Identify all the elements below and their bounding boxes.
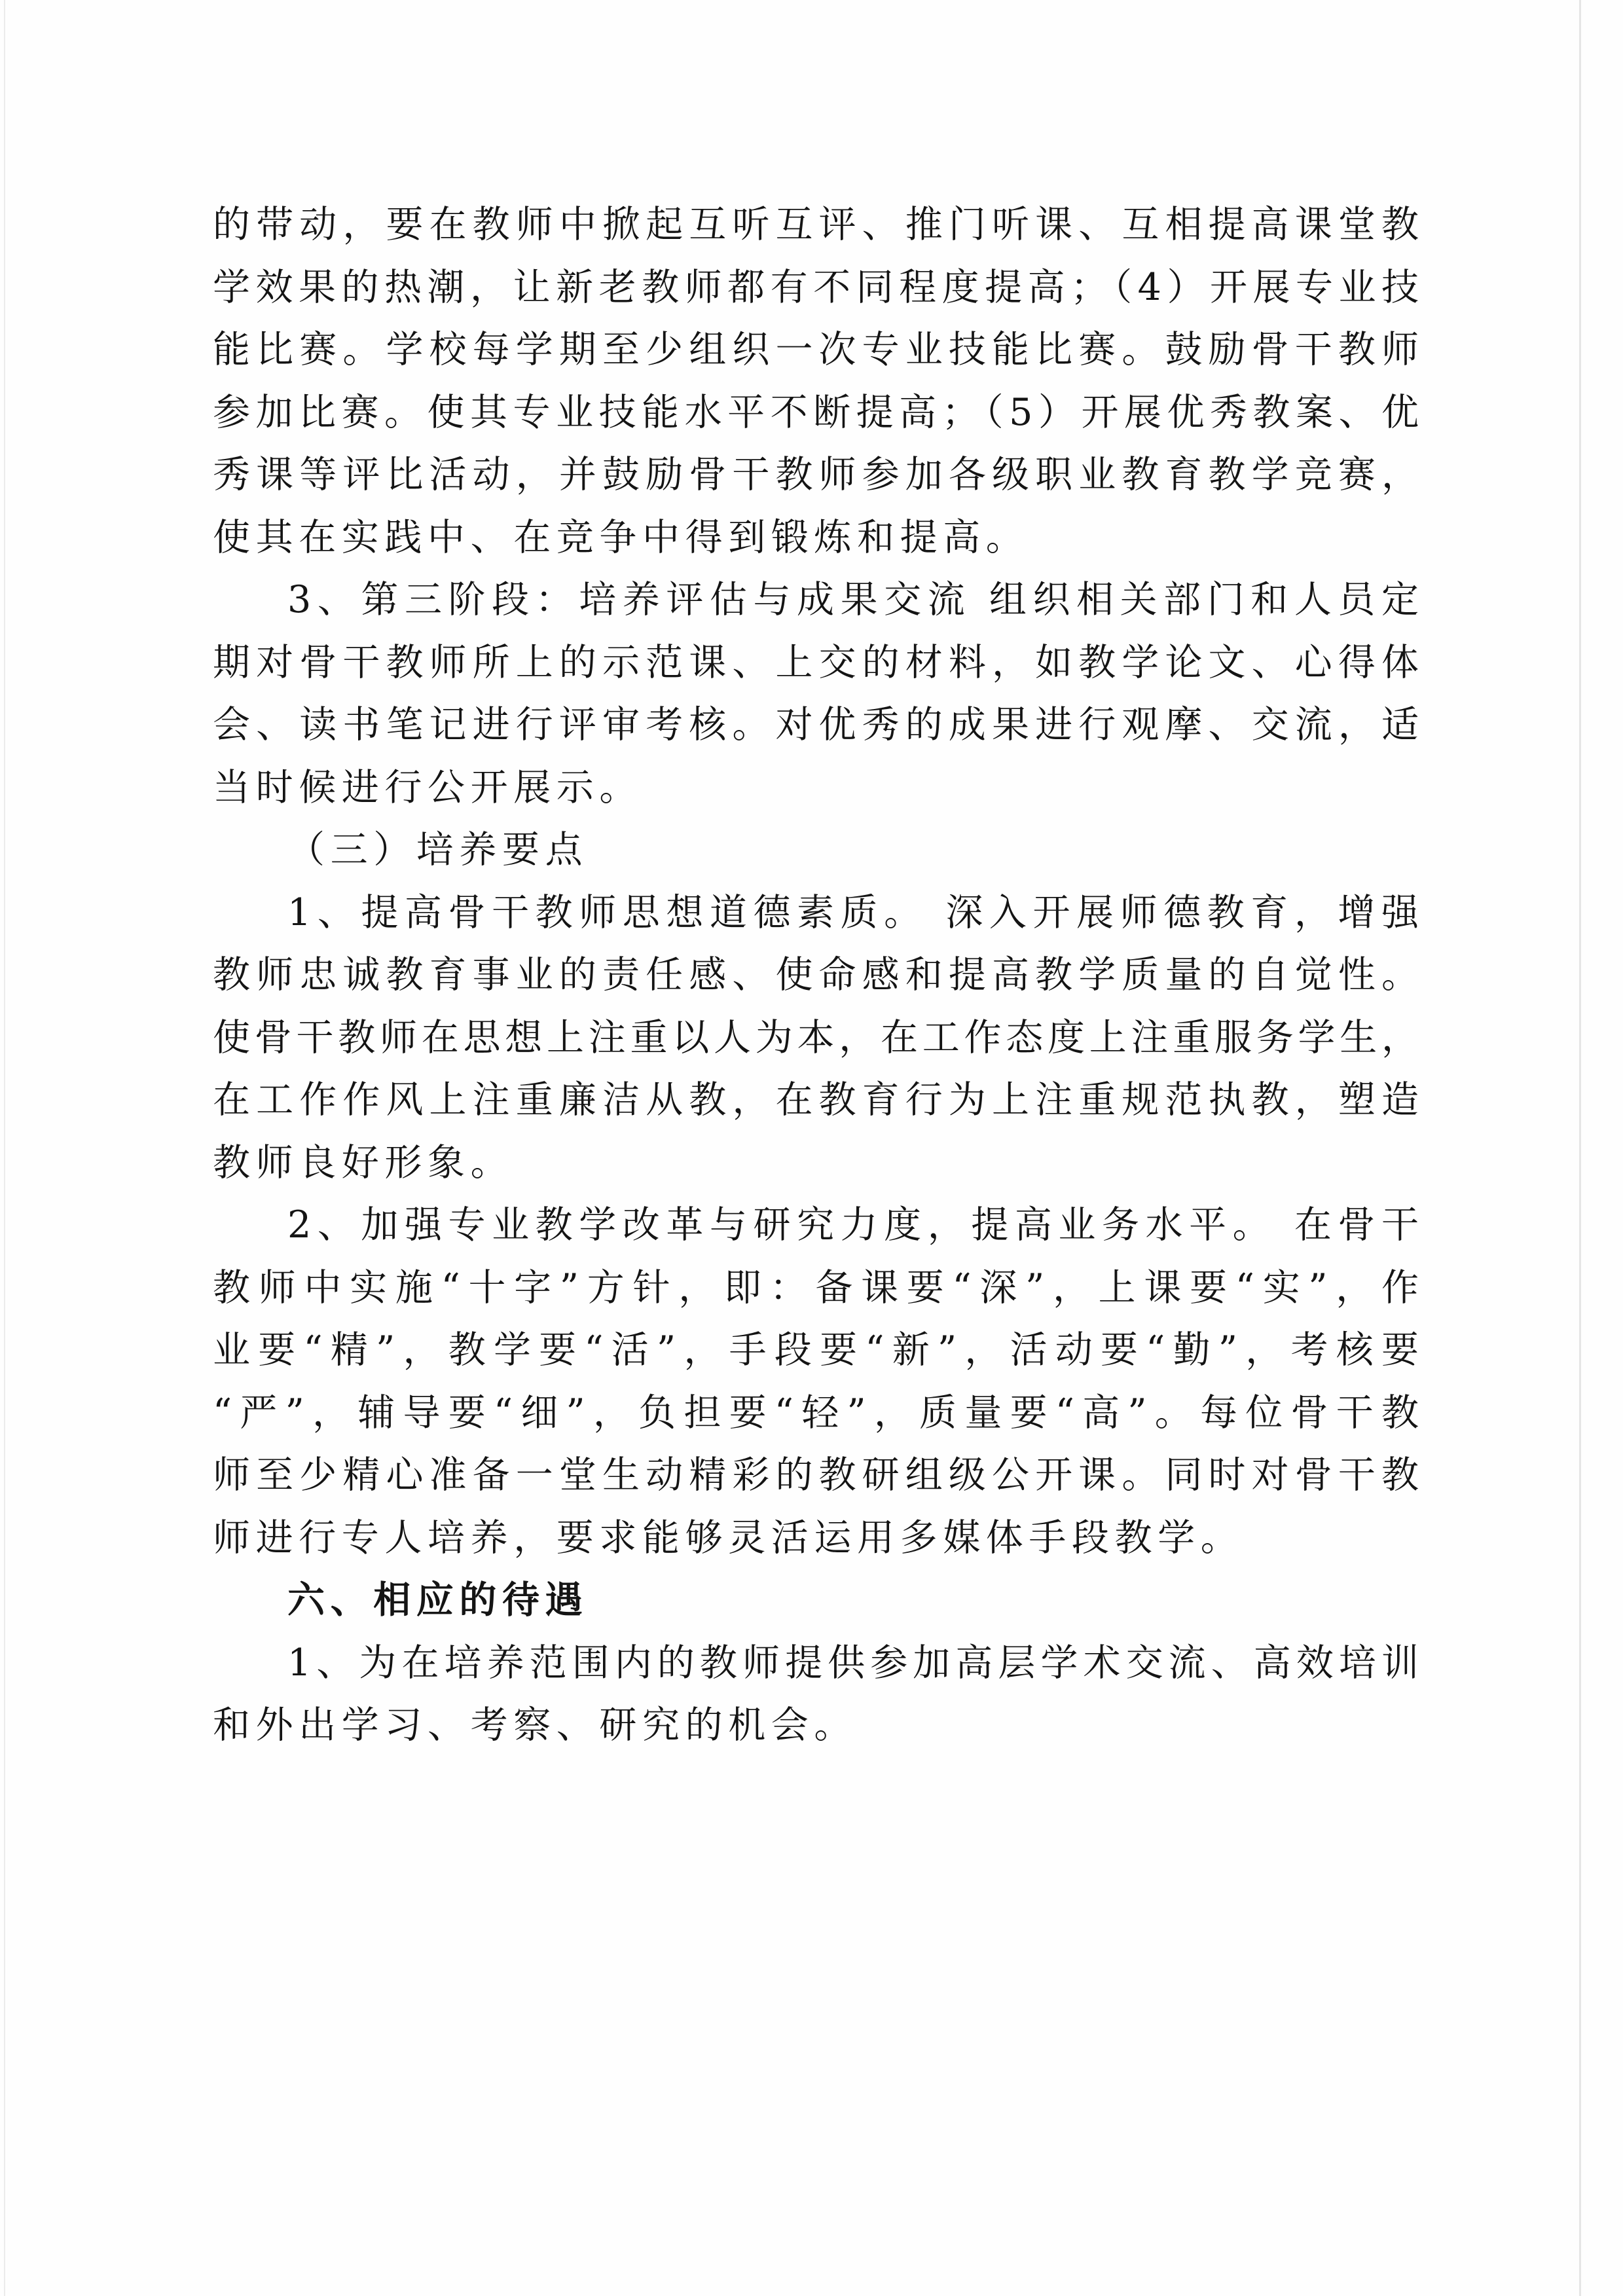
text-line: 能比赛。学校每学期至少组织一次专业技能比赛。鼓励骨干教师: [213, 329, 1419, 392]
subheading-training-points: （三）培养要点: [213, 829, 1419, 892]
paragraph-stage2-continuation: 的带动，要在教师中掀起互听互评、推门听课、互相提高课堂教 学效果的热潮，让新老教…: [213, 204, 1419, 579]
heading-benefits: 六、相应的待遇: [213, 1580, 1419, 1643]
text-line: 2、加强专业教学改革与研究力度，提高业务水平。 在骨干: [213, 1205, 1419, 1267]
text-line: 1、提高骨干教师思想道德素质。 深入开展师德教育，增强: [213, 892, 1419, 955]
text-line: 参加比赛。使其专业技能水平不断提高；（5）开展优秀教案、优: [213, 392, 1419, 455]
text-line: 1、为在培养范围内的教师提供参加高层学术交流、高效培训: [213, 1643, 1419, 1705]
text-line: 学效果的热潮，让新老教师都有不同程度提高；（4）开展专业技: [213, 267, 1419, 330]
text-line: 会、读书笔记进行评审考核。对优秀的成果进行观摩、交流，适: [213, 704, 1419, 767]
text-line: 使骨干教师在思想上注重以人为本，在工作态度上注重服务学生，: [213, 1017, 1419, 1080]
text-line: 的带动，要在教师中掀起互听互评、推门听课、互相提高课堂教: [213, 204, 1419, 267]
text-line: 教师良好形象。: [213, 1142, 1419, 1205]
document-body: 的带动，要在教师中掀起互听互评、推门听课、互相提高课堂教 学效果的热潮，让新老教…: [213, 204, 1419, 1768]
text-line: 师至少精心准备一堂生动精彩的教研组级公开课。同时对骨干教: [213, 1455, 1419, 1518]
scan-edge-left: [4, 0, 5, 2296]
text-line: 教师中实施“十字”方针，即：备课要“深”，上课要“实”，作: [213, 1267, 1419, 1330]
scan-edge-right: [1579, 0, 1581, 2296]
paragraph-point-2: 2、加强专业教学改革与研究力度，提高业务水平。 在骨干 教师中实施“十字”方针，…: [213, 1205, 1419, 1580]
text-line: 当时候进行公开展示。: [213, 767, 1419, 830]
paragraph-benefit-1: 1、为在培养范围内的教师提供参加高层学术交流、高效培训 和外出学习、考察、研究的…: [213, 1643, 1419, 1768]
section-subheading: （三）培养要点: [213, 829, 1419, 892]
text-line: 教师忠诚教育事业的责任感、使命感和提高教学质量的自觉性。: [213, 955, 1419, 1017]
paragraph-point-1: 1、提高骨干教师思想道德素质。 深入开展师德教育，增强 教师忠诚教育事业的责任感…: [213, 892, 1419, 1205]
text-line: 3、第三阶段：培养评估与成果交流 组织相关部门和人员定: [213, 579, 1419, 642]
text-line: 秀课等评比活动，并鼓励骨干教师参加各级职业教育教学竞赛，: [213, 454, 1419, 517]
text-line: 业要“精”，教学要“活”，手段要“新”，活动要“勤”，考核要: [213, 1330, 1419, 1393]
text-line: “严”，辅导要“细”，负担要“轻”，质量要“高”。每位骨干教: [213, 1393, 1419, 1455]
paragraph-stage3: 3、第三阶段：培养评估与成果交流 组织相关部门和人员定 期对骨干教师所上的示范课…: [213, 579, 1419, 829]
document-page: 的带动，要在教师中掀起互听互评、推门听课、互相提高课堂教 学效果的热潮，让新老教…: [0, 0, 1623, 2296]
text-line: 在工作作风上注重廉洁从教，在教育行为上注重规范执教，塑造: [213, 1080, 1419, 1142]
text-line: 期对骨干教师所上的示范课、上交的材料，如教学论文、心得体: [213, 642, 1419, 705]
text-line: 和外出学习、考察、研究的机会。: [213, 1705, 1419, 1768]
text-line: 使其在实践中、在竞争中得到锻炼和提高。: [213, 517, 1419, 580]
text-line: 师进行专人培养，要求能够灵活运用多媒体手段教学。: [213, 1518, 1419, 1580]
section-heading: 六、相应的待遇: [213, 1580, 1419, 1643]
